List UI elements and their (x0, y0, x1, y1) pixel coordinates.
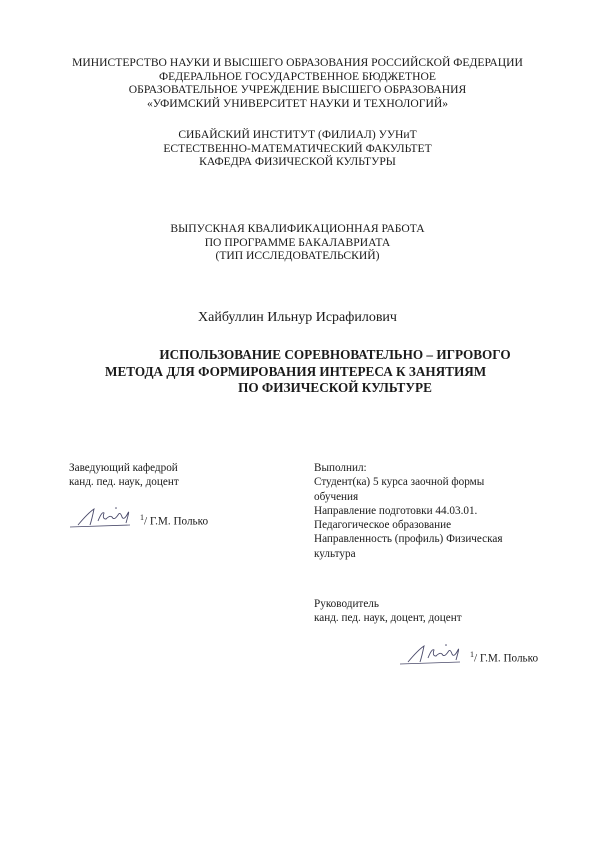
performed-label: Выполнил: (314, 461, 554, 475)
title-line: МЕТОДА ДЛЯ ФОРМИРОВАНИЯ ИНТЕРЕСА К ЗАНЯТ… (100, 364, 550, 381)
performed-line: Студент(ка) 5 курса заочной формы (314, 475, 554, 489)
advisor-role: Руководитель (314, 597, 462, 611)
performed-line: обучения (314, 490, 554, 504)
work-type-line: (ТИП ИССЛЕДОВАТЕЛЬСКИЙ) (0, 249, 595, 263)
institute-line: ЕСТЕСТВЕННО-МАТЕМАТИЧЕСКИЙ ФАКУЛЬТЕТ (0, 142, 595, 156)
signature-icon (398, 642, 470, 666)
work-type-line: ВЫПУСКНАЯ КВАЛИФИКАЦИОННАЯ РАБОТА (0, 222, 595, 236)
advisor-degree: канд. пед. наук, доцент, доцент (314, 611, 462, 625)
performed-line: Педагогическое образование (314, 518, 554, 532)
performed-line: культура (314, 547, 554, 561)
ministry-line: ФЕДЕРАЛЬНОЕ ГОСУДАРСТВЕННОЕ БЮДЖЕТНОЕ (0, 70, 595, 84)
ministry-line: «УФИМСКИЙ УНИВЕРСИТЕТ НАУКИ И ТЕХНОЛОГИЙ… (0, 97, 595, 111)
head-role: Заведующий кафедрой (69, 461, 179, 475)
head-name: 1/ Г.М. Полько (140, 511, 208, 529)
ministry-line: МИНИСТЕРСТВО НАУКИ И ВЫСШЕГО ОБРАЗОВАНИЯ… (0, 56, 595, 70)
work-type: ВЫПУСКНАЯ КВАЛИФИКАЦИОННАЯ РАБОТА ПО ПРО… (0, 222, 595, 263)
institute-header: СИБАЙСКИЙ ИНСТИТУТ (ФИЛИАЛ) УУНиТ ЕСТЕСТ… (0, 128, 595, 169)
head-signature-row: 1/ Г.М. Полько (68, 505, 208, 529)
advisor-signature-row: 1/ Г.М. Полько (398, 642, 538, 666)
ministry-header: МИНИСТЕРСТВО НАУКИ И ВЫСШЕГО ОБРАЗОВАНИЯ… (0, 56, 595, 110)
advisor-block: Руководитель канд. пед. наук, доцент, до… (314, 597, 462, 626)
performed-line: Направленность (профиль) Физическая (314, 532, 554, 546)
ministry-line: ОБРАЗОВАТЕЛЬНОЕ УЧРЕЖДЕНИЕ ВЫСШЕГО ОБРАЗ… (0, 83, 595, 97)
signature-icon (68, 505, 140, 529)
thesis-title: ИСПОЛЬЗОВАНИЕ СОРЕВНОВАТЕЛЬНО – ИГРОВОГО… (100, 347, 550, 397)
title-line: ПО ФИЗИЧЕСКОЙ КУЛЬТУРЕ (100, 380, 550, 397)
head-of-department-block: Заведующий кафедрой канд. пед. наук, доц… (69, 461, 179, 490)
performed-by-block: Выполнил: Студент(ка) 5 курса заочной фо… (314, 461, 554, 561)
advisor-name: 1/ Г.М. Полько (470, 648, 538, 666)
institute-line: СИБАЙСКИЙ ИНСТИТУТ (ФИЛИАЛ) УУНиТ (0, 128, 595, 142)
head-degree: канд. пед. наук, доцент (69, 475, 179, 489)
performed-line: Направление подготовки 44.03.01. (314, 504, 554, 518)
institute-line: КАФЕДРА ФИЗИЧЕСКОЙ КУЛЬТУРЫ (0, 155, 595, 169)
work-type-line: ПО ПРОГРАММЕ БАКАЛАВРИАТА (0, 236, 595, 250)
title-line: ИСПОЛЬЗОВАНИЕ СОРЕВНОВАТЕЛЬНО – ИГРОВОГО (100, 347, 550, 364)
author-name: Хайбуллин Ильнур Исрафилович (0, 310, 595, 326)
